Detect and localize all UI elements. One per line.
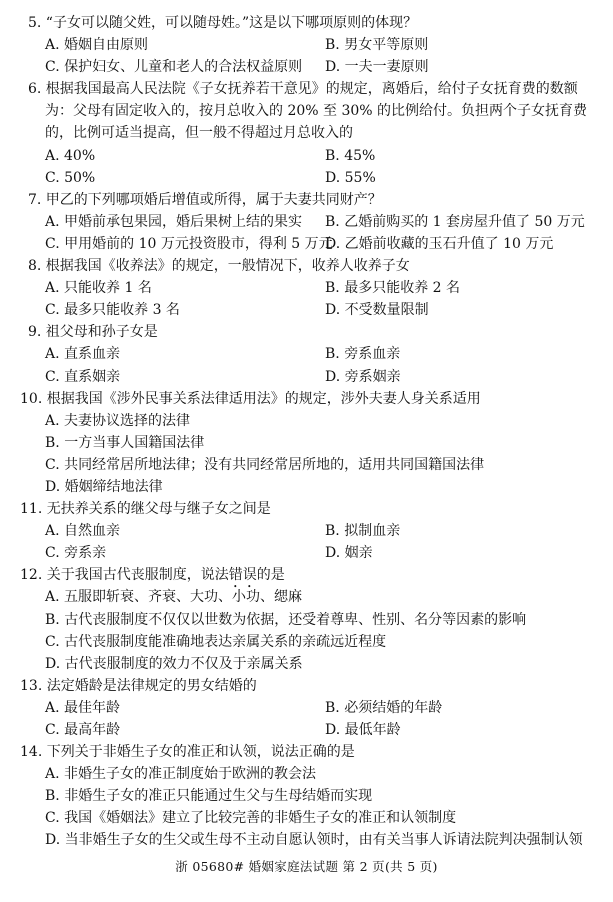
question-9-option-a: A. 直系血亲 xyxy=(0,343,325,365)
question-13-option-d: D. 最低年龄 xyxy=(325,719,401,741)
question-5-options-cd: C. 保护妇女、儿童和老人的合法权益原则 D. 一夫一妻原则 xyxy=(0,56,613,78)
question-12-stem-pre: 12. 关于我国古代丧服制度，说法 xyxy=(20,567,229,583)
question-6-option-c: C. 50% xyxy=(0,167,325,189)
question-5-option-d: D. 一夫一妻原则 xyxy=(325,56,429,78)
question-12-option-a: A. 五服即斩衰、齐衰、大功、小功、缌麻 xyxy=(0,586,613,608)
question-7-option-c: C. 甲用婚前的 10 万元投资股市，得利 5 万元 xyxy=(0,233,325,255)
question-5-option-c: C. 保护妇女、儿童和老人的合法权益原则 xyxy=(0,56,325,78)
question-14-option-b: B. 非婚生子女的准正只能通过生父与生母结婚而实现 xyxy=(0,785,613,807)
question-10-stem: 10. 根据我国《涉外民事关系法律适用法》的规定，涉外夫妻人身关系适用 xyxy=(0,388,613,410)
question-6-options-ab: A. 40% B. 45% xyxy=(0,145,613,167)
question-11-option-d: D. 姻亲 xyxy=(325,542,373,564)
question-6-stem-line2: 为：父母有固定收入的，按月总收入的 20% 至 30% 的比例给付。负担两个子女… xyxy=(0,100,613,122)
page-footer: 浙 05680# 婚姻家庭法试题 第 2 页(共 5 页) xyxy=(0,857,613,875)
question-12-stem: 12. 关于我国古代丧服制度，说法错误的是 xyxy=(0,564,613,586)
question-13-option-b: B. 必须结婚的年龄 xyxy=(325,697,442,719)
question-11-stem: 11. 无扶养关系的继父母与继子女之间是 xyxy=(0,498,613,520)
question-9-option-b: B. 旁系血亲 xyxy=(325,343,400,365)
question-13-option-c: C. 最高年龄 xyxy=(0,719,325,741)
question-5-option-a: A. 婚姻自由原则 xyxy=(0,34,325,56)
question-6-option-a: A. 40% xyxy=(0,145,325,167)
question-12-option-c: C. 古代丧服制度能准确地表达亲属关系的亲疏远近程度 xyxy=(0,631,613,653)
question-11-options-ab: A. 自然血亲 B. 拟制血亲 xyxy=(0,520,613,542)
question-13-options-ab: A. 最佳年龄 B. 必须结婚的年龄 xyxy=(0,697,613,719)
question-5-options-ab: A. 婚姻自由原则 B. 男女平等原则 xyxy=(0,34,613,56)
question-11-option-c: C. 旁系亲 xyxy=(0,542,325,564)
question-7-options-cd: C. 甲用婚前的 10 万元投资股市，得利 5 万元 D. 乙婚前收藏的玉石升值… xyxy=(0,233,613,255)
question-12-stem-emphasis: 错误 xyxy=(229,567,257,583)
question-11-option-a: A. 自然血亲 xyxy=(0,520,325,542)
question-14-option-a: A. 非婚生子女的准正制度始于欧洲的教会法 xyxy=(0,763,613,785)
question-13-stem: 13. 法定婚龄是法律规定的男女结婚的 xyxy=(0,675,613,697)
question-14-stem: 14. 下列关于非婚生子女的准正和认领，说法正确的是 xyxy=(0,741,613,763)
question-6-stem-line3: 的，比例可适当提高，但一般不得超过月总收入的 xyxy=(0,122,613,144)
question-8-option-d: D. 不受数量限制 xyxy=(325,299,429,321)
question-8-options-ab: A. 只能收养 1 名 B. 最多只能收养 2 名 xyxy=(0,277,613,299)
question-12-option-d: D. 古代丧服制度的效力不仅及于亲属关系 xyxy=(0,653,613,675)
question-9-option-d: D. 旁系姻亲 xyxy=(325,366,401,388)
question-8-option-a: A. 只能收养 1 名 xyxy=(0,277,325,299)
question-9-options-cd: C. 直系姻亲 D. 旁系姻亲 xyxy=(0,366,613,388)
question-12-stem-post: 的是 xyxy=(257,567,285,583)
question-13-option-a: A. 最佳年龄 xyxy=(0,697,325,719)
question-7-option-a: A. 甲婚前承包果园，婚后果树上结的果实 xyxy=(0,211,325,233)
question-7-stem: 7. 甲乙的下列哪项婚后增值或所得，属于夫妻共同财产？ xyxy=(0,189,613,211)
question-8-option-c: C. 最多只能收养 3 名 xyxy=(0,299,325,321)
question-10-option-a: A. 夫妻协议选择的法律 xyxy=(0,410,613,432)
question-12-option-b: B. 古代丧服制度不仅仅以世数为依据，还受着尊卑、性别、名分等因素的影响 xyxy=(0,609,613,631)
question-5-option-b: B. 男女平等原则 xyxy=(325,34,428,56)
question-10-option-b: B. 一方当事人国籍国法律 xyxy=(0,432,613,454)
question-9-options-ab: A. 直系血亲 B. 旁系血亲 xyxy=(0,343,613,365)
question-8-options-cd: C. 最多只能收养 3 名 D. 不受数量限制 xyxy=(0,299,613,321)
question-6-stem-line1: 6. 根据我国最高人民法院《子女抚养若干意见》的规定，离婚后，给付子女抚育费的数… xyxy=(0,78,613,100)
question-9-stem: 9. 祖父母和孙子女是 xyxy=(0,321,613,343)
question-8-option-b: B. 最多只能收养 2 名 xyxy=(325,277,460,299)
exam-page: 5. “子女可以随父姓，可以随母姓。”这是以下哪项原则的体现？ A. 婚姻自由原… xyxy=(0,12,613,852)
question-7-option-b: B. 乙婚前购买的 1 套房屋升值了 50 万元 xyxy=(325,211,585,233)
question-11-options-cd: C. 旁系亲 D. 姻亲 xyxy=(0,542,613,564)
question-6-options-cd: C. 50% D. 55% xyxy=(0,167,613,189)
question-7-options-ab: A. 甲婚前承包果园，婚后果树上结的果实 B. 乙婚前购买的 1 套房屋升值了 … xyxy=(0,211,613,233)
question-6-option-b: B. 45% xyxy=(325,145,375,167)
question-14-option-d: D. 当非婚生子女的生父或生母不主动自愿认领时，由有关当事人诉请法院判决强制认领 xyxy=(0,829,613,851)
question-13-options-cd: C. 最高年龄 D. 最低年龄 xyxy=(0,719,613,741)
question-10-option-c: C. 共同经常居所地法律；没有共同经常居所地的，适用共同国籍国法律 xyxy=(0,454,613,476)
question-14-option-c: C. 我国《婚姻法》建立了比较完善的非婚生子女的准正和认领制度 xyxy=(0,807,613,829)
question-11-option-b: B. 拟制血亲 xyxy=(325,520,400,542)
question-7-option-d: D. 乙婚前收藏的玉石升值了 10 万元 xyxy=(325,233,553,255)
question-9-option-c: C. 直系姻亲 xyxy=(0,366,325,388)
question-8-stem: 8. 根据我国《收养法》的规定，一般情况下，收养人收养子女 xyxy=(0,255,613,277)
question-6-option-d: D. 55% xyxy=(325,167,376,189)
question-5-stem: 5. “子女可以随父姓，可以随母姓。”这是以下哪项原则的体现？ xyxy=(0,12,613,34)
question-10-option-d: D. 婚姻缔结地法律 xyxy=(0,476,613,498)
